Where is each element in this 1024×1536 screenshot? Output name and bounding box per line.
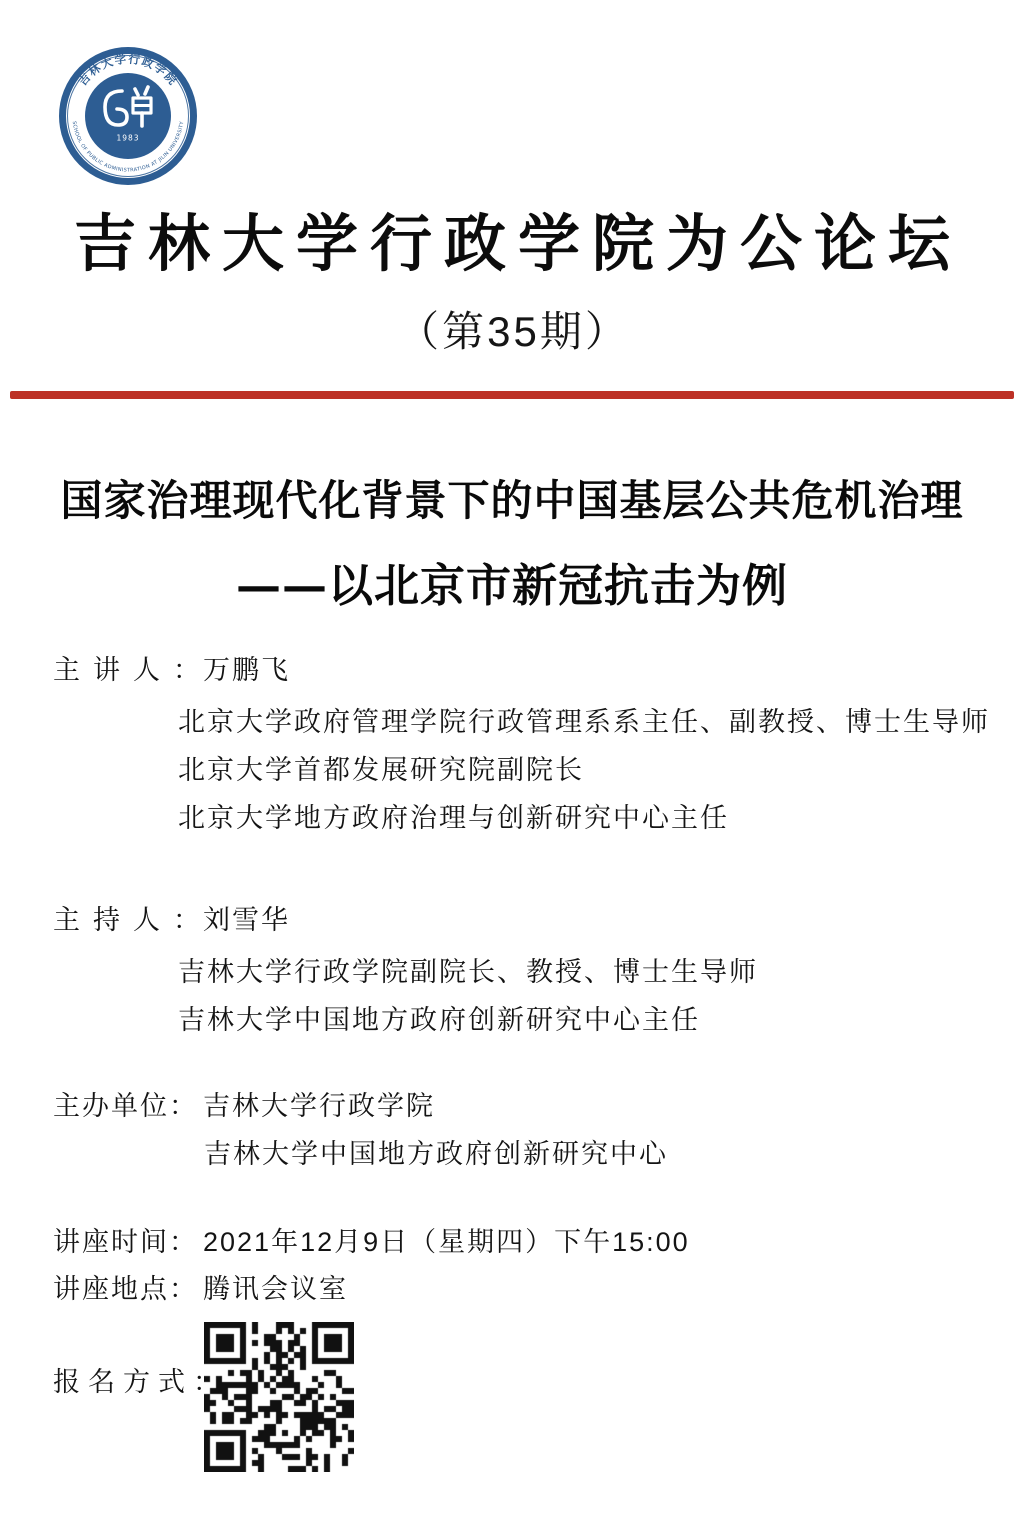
signup-qr-code	[204, 1322, 354, 1472]
red-divider-line	[10, 391, 1014, 399]
lecture-place-row: 讲座地点： 腾讯会议室	[53, 1267, 1008, 1306]
organizer-row: 主办单位： 吉林大学行政学院	[53, 1084, 1008, 1123]
speaker-label: 主讲人：	[53, 648, 203, 687]
lecture-title-line2: ——以北京市新冠抗击为例	[0, 549, 1024, 614]
organizer-line: 吉林大学行政学院	[203, 1084, 435, 1123]
forum-issue-number: （第35期）	[0, 299, 1024, 359]
forum-title: 吉林大学行政学院为公论坛	[0, 194, 1024, 283]
lecture-time-row: 讲座时间： 2021年12月9日（星期四）下午15:00	[53, 1220, 1008, 1259]
host-name: 刘雪华	[203, 898, 290, 937]
university-logo: 吉林大学行政学院 SCHOOL OF PUBLIC ADMINISTRATION…	[58, 46, 198, 186]
host-bio-line: 吉林大学中国地方政府创新研究中心主任	[178, 998, 700, 1037]
lecture-title-line1: 国家治理现代化背景下的中国基层公共危机治理	[0, 468, 1024, 528]
signup-label: 报名方式：	[53, 1360, 203, 1399]
logo-year: 1983	[116, 134, 139, 143]
organizer-line: 吉林大学中国地方政府创新研究中心	[204, 1132, 668, 1171]
speaker-bio-line: 北京大学首都发展研究院副院长	[178, 748, 584, 787]
lecture-place-value: 腾讯会议室	[203, 1267, 348, 1306]
host-label: 主持人：	[53, 898, 203, 937]
organizer-label: 主办单位：	[53, 1084, 203, 1123]
host-bio-line: 吉林大学行政学院副院长、教授、博士生导师	[178, 950, 758, 989]
lecture-time-value: 2021年12月9日（星期四）下午15:00	[203, 1220, 690, 1259]
signup-row: 报名方式：	[53, 1360, 1008, 1399]
lecture-poster: 吉林大学行政学院 SCHOOL OF PUBLIC ADMINISTRATION…	[0, 0, 1024, 1536]
speaker-row: 主讲人： 万鹏飞	[53, 648, 1008, 687]
speaker-name: 万鹏飞	[203, 648, 290, 687]
lecture-place-label: 讲座地点：	[53, 1267, 203, 1306]
speaker-bio-line: 北京大学政府管理学院行政管理系系主任、副教授、博士生导师	[178, 700, 990, 739]
host-row: 主持人： 刘雪华	[53, 898, 1008, 937]
lecture-time-label: 讲座时间：	[53, 1220, 203, 1259]
speaker-bio-line: 北京大学地方政府治理与创新研究中心主任	[178, 796, 729, 835]
